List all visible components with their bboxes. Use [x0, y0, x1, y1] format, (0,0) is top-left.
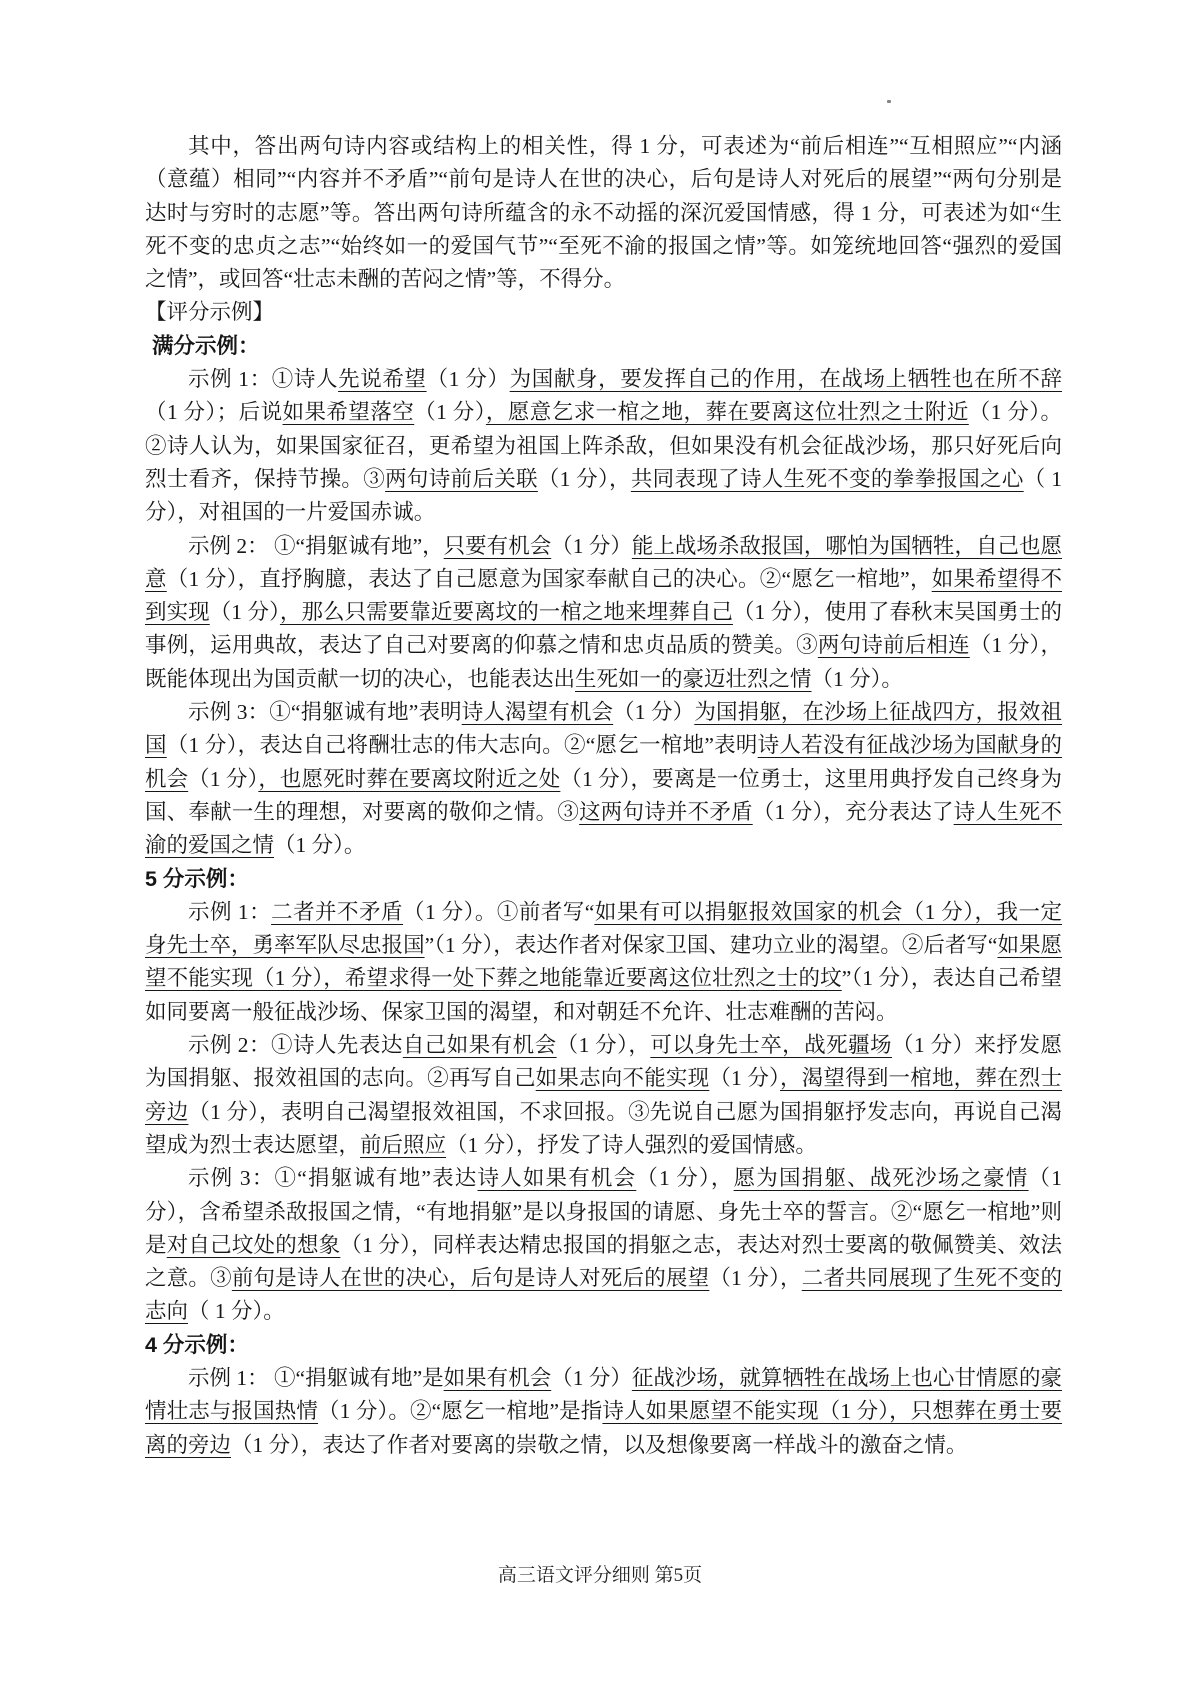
full-score-example-1: 示例 1：①诗人先说希望（1 分）为国献身，要发挥自己的作用，在战场上牺牲也在所… [145, 363, 1062, 529]
five-point-example-1: 示例 1：二者并不矛盾（1 分）。①前者写“如果有可以捐躯报效国家的机会（1 分… [145, 896, 1062, 1029]
text-run: （1 分）；后说 [145, 400, 283, 424]
underlined-text-run: 前句是诗人在世的决心，后句是诗人对死后的展望 [232, 1266, 710, 1290]
underlined-text-run: 两句诗前后相连 [818, 633, 970, 657]
text-run: （1 分），充分表达了 [753, 800, 954, 824]
full-score-example-2: 示例 2： ①“捐躯诚有地”，只要有机会（1 分）能上战场杀敌报国，哪怕为国牺牲… [145, 530, 1062, 696]
underlined-text-run: 自己如果有机会 [403, 1033, 557, 1057]
underlined-text-run: 愿为国捐躯、战死沙场之豪情 [734, 1166, 1029, 1190]
four-point-example-1: 示例 1： ①“捐躯诚有地”是如果有机会（1 分）征战沙场，就算牺牲在战场上也心… [145, 1362, 1062, 1462]
intro-paragraph: 其中，答出两句诗内容或结构上的相关性，得 1 分，可表述为“前后相连”“互相照应… [145, 130, 1062, 296]
text-run: 5 分示例： [145, 867, 249, 891]
text-run: （1 分）， [636, 1166, 733, 1190]
underlined-text-run: 共同表现了诗人生死不变的拳拳报国之心 [631, 467, 1024, 491]
text-run: （1 分）。 [274, 833, 365, 857]
text-run: 示例 3：①“捐躯诚有地”表达 [188, 1166, 478, 1190]
five-point-example-3: 示例 3：①“捐躯诚有地”表达诗人如果有机会（1 分），愿为国捐躯、战死沙场之豪… [145, 1162, 1062, 1328]
underlined-text-run: 诗人如果有机会 [478, 1166, 637, 1190]
text-run: 示例 2： ①“捐躯诚有地”， [188, 534, 444, 558]
document-body: 其中，答出两句诗内容或结构上的相关性，得 1 分，可表述为“前后相连”“互相照应… [145, 130, 1062, 1462]
text-run: （1 分） [709, 1066, 780, 1090]
text-run: （1 分） [613, 700, 694, 724]
underlined-text-run: 对自己坟处的想象 [167, 1233, 341, 1257]
underlined-text-run: 如果志向不能实现 [536, 1066, 710, 1090]
text-run: （1 分） [551, 534, 632, 558]
text-run: （1 分） [551, 1366, 632, 1390]
text-run: 示例 2：①诗人先表达 [188, 1033, 403, 1057]
text-run: （1 分） [210, 600, 280, 624]
five-point-example-2: 示例 2：①诗人先表达自己如果有机会（1 分），可以身先士卒，战死疆场（1 分）… [145, 1029, 1062, 1162]
underlined-text-run: 前后照应 [360, 1133, 446, 1157]
text-run: （1 分），表达了作者对要离的崇敬之情，以及想像要离一样战斗的激奋之情。 [231, 1433, 967, 1457]
full-score-example-3: 示例 3：①“捐躯诚有地”表明诗人渴望有机会（1 分）为国捐躯，在沙场上征战四方… [145, 696, 1062, 862]
underlined-text-run: 生死如一的豪迈壮烈之情 [575, 667, 812, 691]
page-footer: 高三语文评分细则 第5页 [0, 1560, 1200, 1587]
underlined-text-run: 两句诗前后关联 [385, 467, 538, 491]
text-run: ”（1 分），表达作者对保家卫国、建功立业的渴望。②后者写“ [425, 933, 998, 957]
underlined-text-run: 如果希望落空 [283, 400, 415, 424]
underlined-text-run: 如果有机会 [444, 1366, 552, 1390]
text-run: 示例 1：①诗人 [188, 367, 338, 391]
underlined-text-run: 二者并不矛盾 [271, 900, 403, 924]
heading-5-point-examples: 5 分示例： [145, 863, 1062, 896]
underlined-text-run: 先说希望 [338, 367, 426, 391]
text-run: （1 分）。①前者写“ [403, 900, 594, 924]
stray-mark [887, 100, 891, 103]
heading-full-score-examples: 满分示例： [145, 330, 1062, 363]
text-run: （1 分）。②“愿乞一棺地”是指 [318, 1399, 602, 1423]
underlined-text-run: 这两句诗并不矛盾 [579, 800, 753, 824]
text-run: （1 分）。 [812, 667, 903, 691]
underlined-text-run: 只要有机会 [444, 534, 552, 558]
bracket-heading-scoring-examples: 【评分示例】 [145, 296, 1062, 329]
text-run: 其中，答出两句诗内容或结构上的相关性，得 1 分，可表述为“前后相连”“互相照应… [145, 134, 1062, 291]
text-run: 示例 3：①“捐躯诚有地”表明 [188, 700, 462, 724]
underlined-text-run: ，也愿死时葬在要离坟附近之处 [258, 767, 560, 791]
text-run: （1 分），表达自己将酬壮志的伟大志向。②“愿乞一棺地”表明 [167, 733, 758, 757]
text-run: （1 分）， [709, 1266, 801, 1290]
underlined-text-run: 为国献身，要发挥自己的作用，在战场上牺牲也在所不辞 [510, 367, 1062, 391]
text-run: （1 分）， [538, 467, 631, 491]
text-run: 满分示例： [152, 334, 260, 358]
text-run: （1 分）， [557, 1033, 651, 1057]
text-run: （1 分） [414, 400, 486, 424]
text-run: 示例 1： [188, 900, 271, 924]
underlined-text-run: ，愿意乞求一棺之地，葬在要离这位壮烈之士附近 [486, 400, 969, 424]
heading-4-point-examples: 4 分示例： [145, 1329, 1062, 1362]
text-run: （ 1 分）。 [188, 1299, 285, 1323]
text-run: （1 分） [427, 367, 510, 391]
underlined-text-run: 可以身先士卒，战死疆场 [650, 1033, 892, 1057]
text-run: 示例 1： ①“捐躯诚有地”是 [188, 1366, 444, 1390]
text-run: （1 分），直抒胸臆，表达了自己愿意为国家奉献自己的决心。②“愿乞一棺地”， [167, 567, 932, 591]
underlined-text-run: ，那么只需要靠近要离坟的一棺之地来埋葬自己 [280, 600, 733, 624]
text-run: （1 分） [188, 767, 258, 791]
text-run: 【评分示例】 [145, 300, 274, 324]
underlined-text-run: 诗人渴望有机会 [462, 700, 613, 724]
document-page: 其中，答出两句诗内容或结构上的相关性，得 1 分，可表述为“前后相连”“互相照应… [0, 0, 1200, 1698]
text-run: （1 分），抒发了诗人强烈的爱国情感。 [446, 1133, 817, 1157]
text-run: 4 分示例： [145, 1333, 249, 1357]
